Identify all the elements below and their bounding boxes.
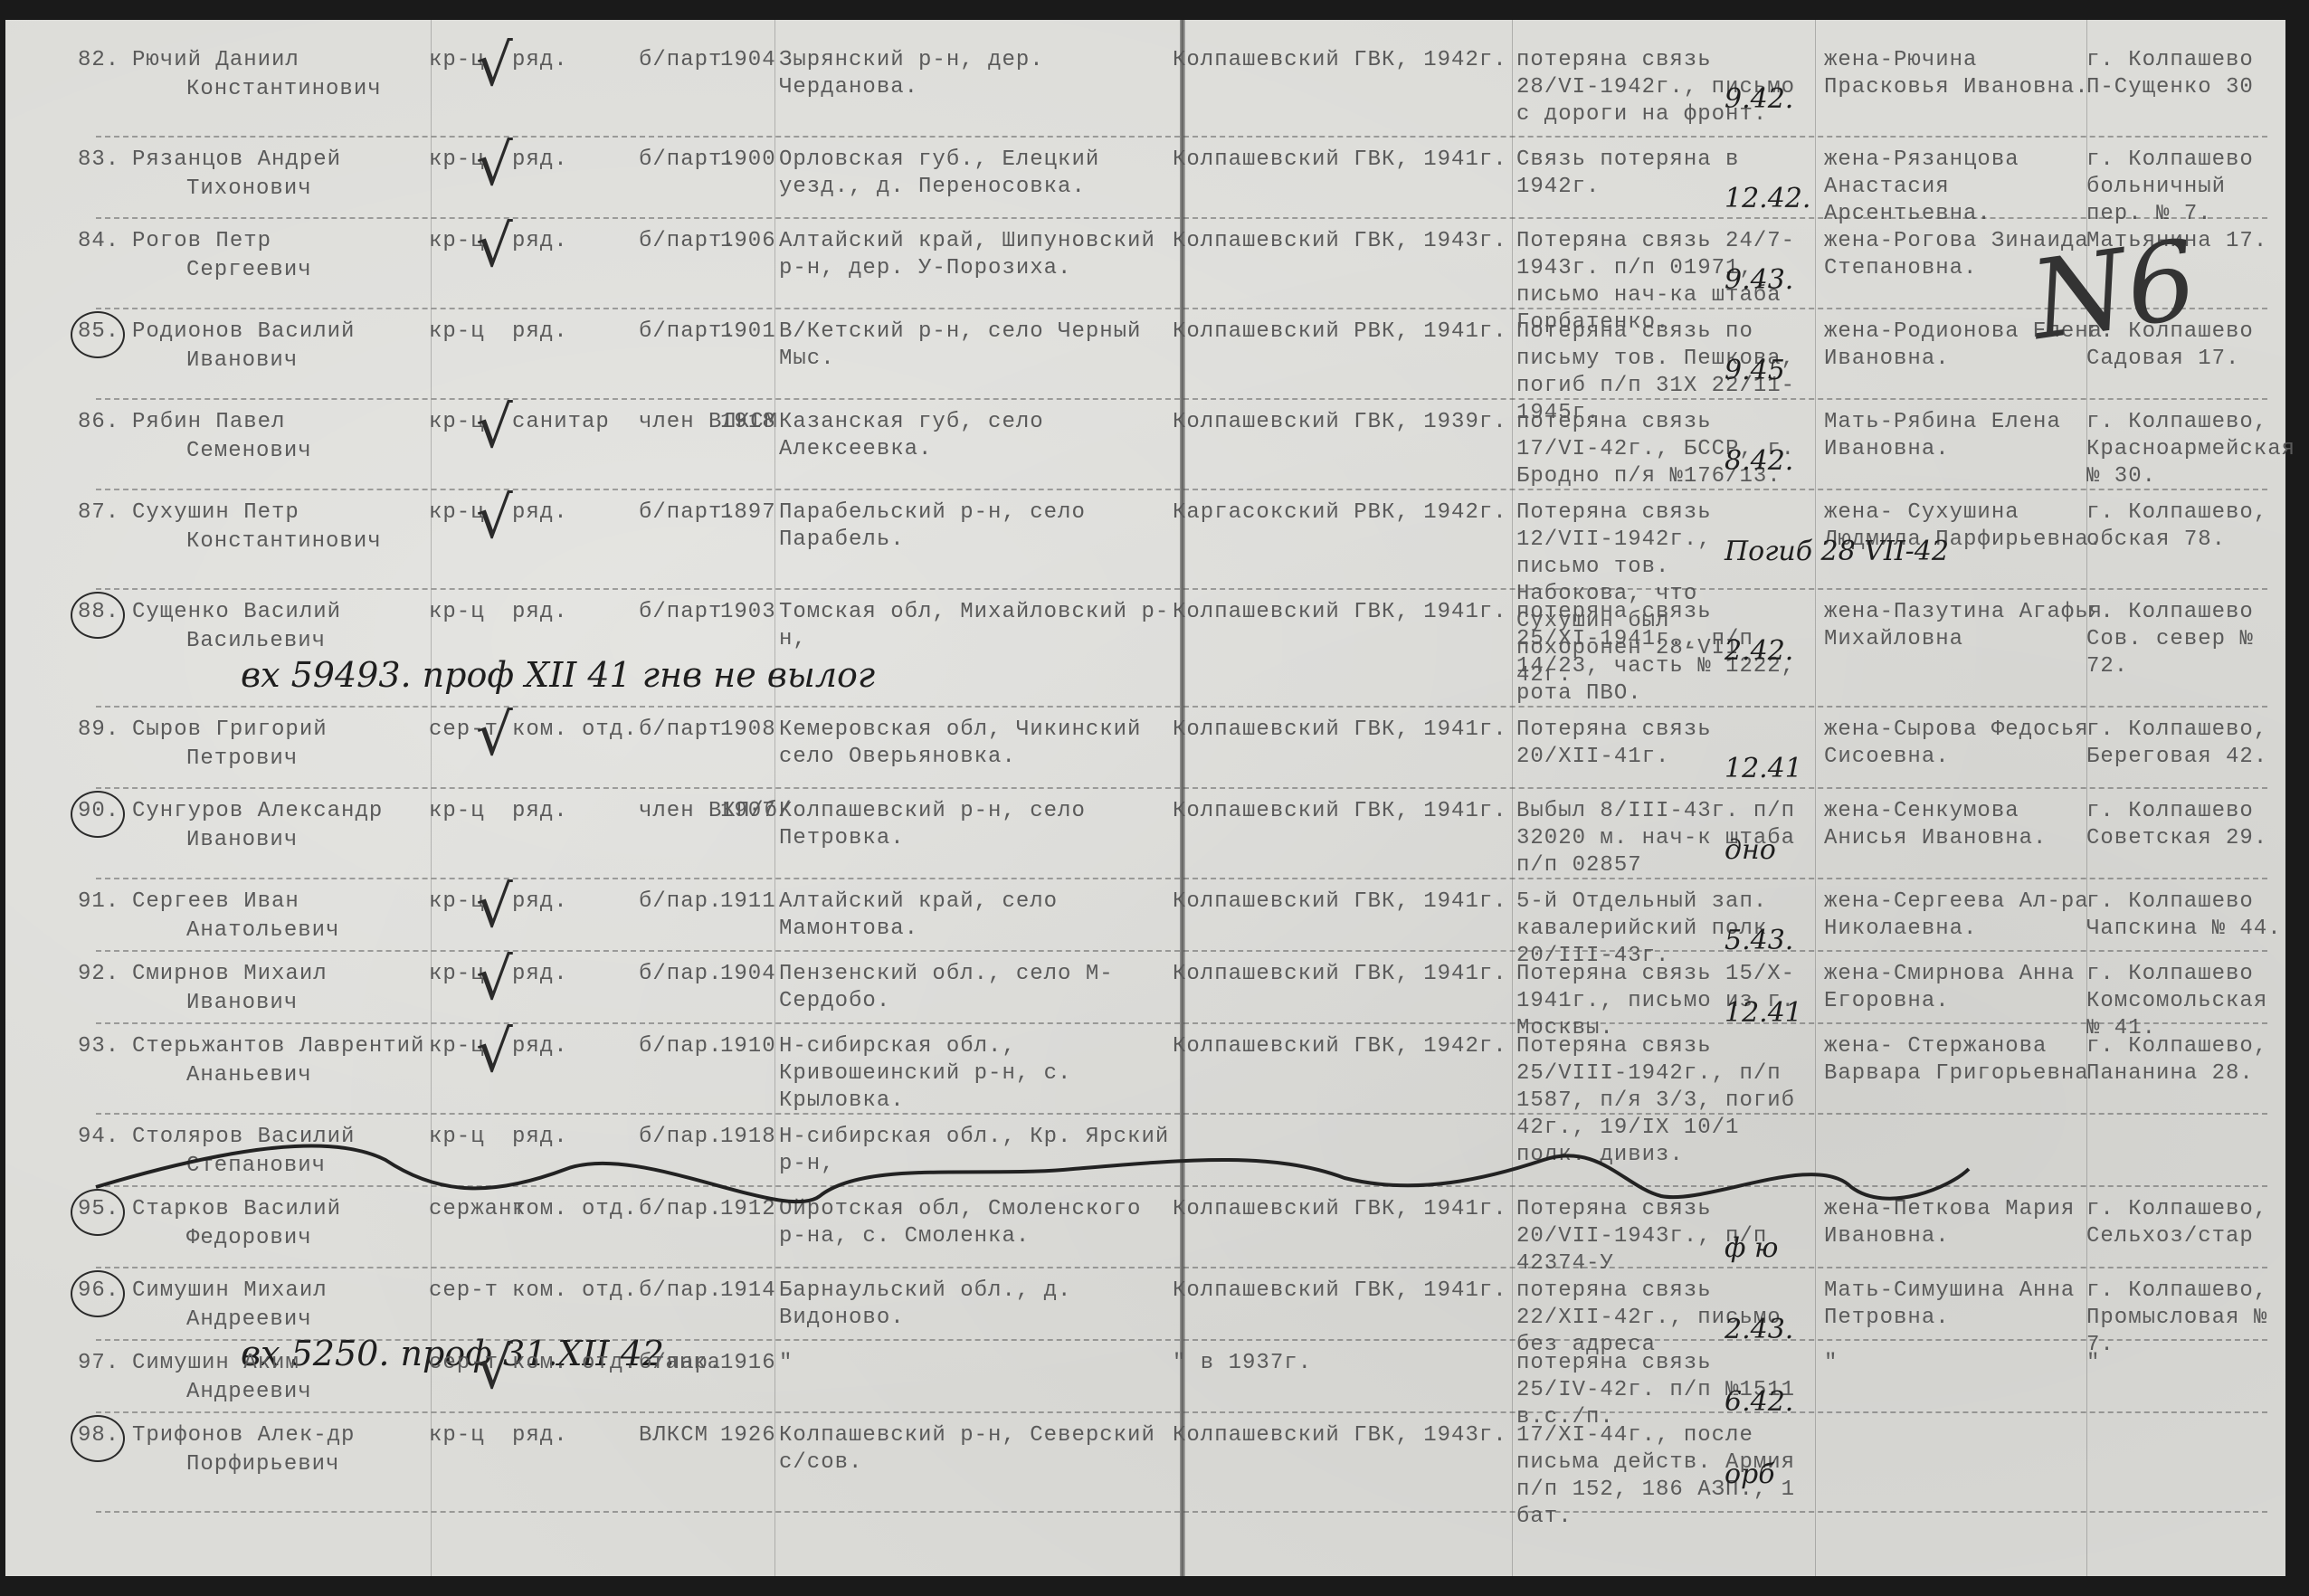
document-sheet: 82.Рючий ДаниилКонстантиновичкр-цряд.б/п… <box>5 20 2285 1576</box>
strike-through-line <box>5 20 2285 1576</box>
